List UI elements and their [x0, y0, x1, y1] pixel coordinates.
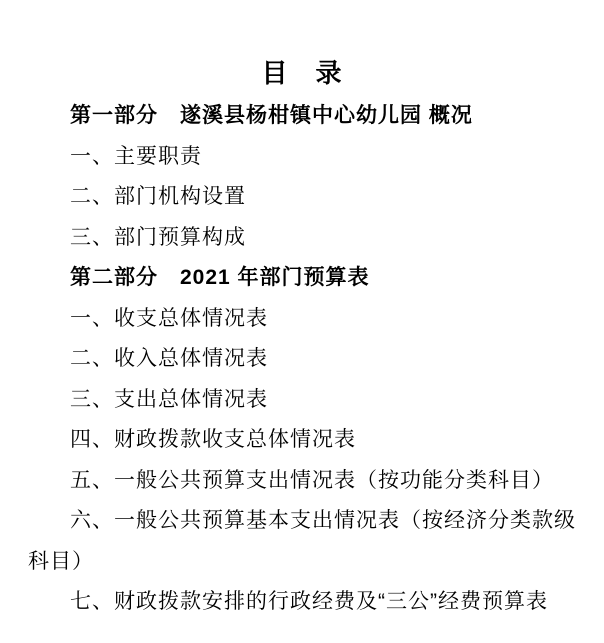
toc-item-fiscal-allocation: 四、财政拨款收支总体情况表 — [28, 420, 576, 461]
toc-item-expense-total: 三、支出总体情况表 — [28, 380, 576, 421]
toc-item-admin-three-public: 七、财政拨款安排的行政经费及“三公”经费预算表 — [28, 582, 576, 623]
toc-heading-part2: 第二部分 2021 年部门预算表 — [28, 258, 576, 299]
toc-item-main-duties: 一、主要职责 — [28, 137, 576, 178]
toc-heading-part1: 第一部分 遂溪县杨柑镇中心幼儿园 概况 — [28, 96, 576, 137]
toc-item-budget-makeup: 三、部门预算构成 — [28, 218, 576, 259]
page-title: 目 录 — [28, 52, 576, 94]
toc-item-income-expense: 一、收支总体情况表 — [28, 299, 576, 340]
toc-item-org-structure: 二、部门机构设置 — [28, 177, 576, 218]
toc-item-public-budget-expense: 五、一般公共预算支出情况表（按功能分类科目） — [28, 461, 576, 502]
document-page: 目 录 第一部分 遂溪县杨柑镇中心幼儿园 概况 一、主要职责 二、部门机构设置 … — [0, 0, 604, 643]
toc-item-income-total: 二、收入总体情况表 — [28, 339, 576, 380]
toc-item-basic-expense: 六、一般公共预算基本支出情况表（按经济分类款级科目） — [28, 501, 576, 582]
